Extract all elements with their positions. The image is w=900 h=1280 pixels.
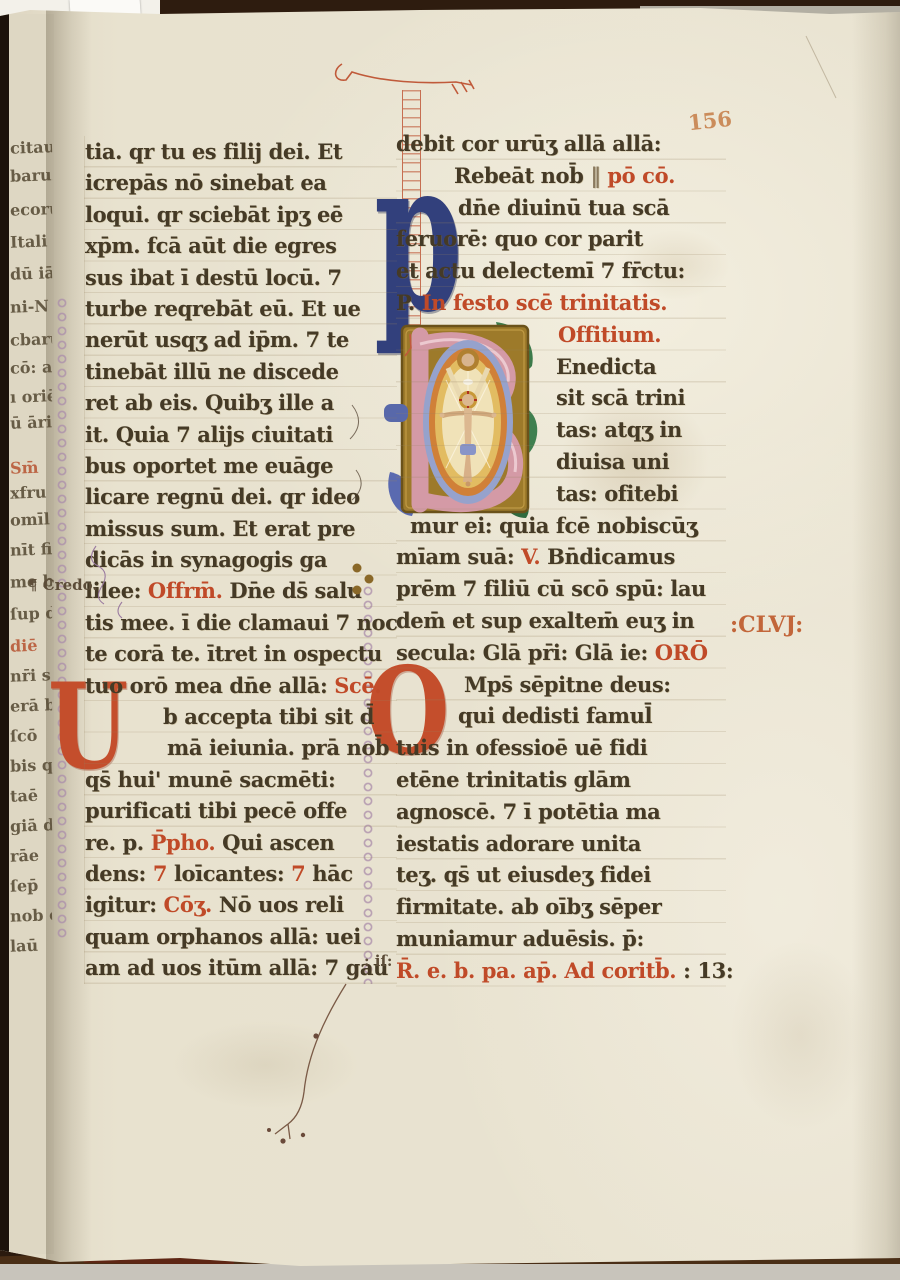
text-line: qs̄ hui' munē sacmēti:	[85, 764, 397, 795]
body-text: sus ibat ī destū locū. 7	[85, 265, 342, 290]
text-line: turbe reqrebāt eū. Et ue	[85, 293, 397, 324]
text-line: etēne trinitatis glām	[396, 764, 726, 796]
body-text: b accepta tibi sit d̄	[163, 704, 374, 729]
text-line: Offitium.	[396, 319, 726, 351]
text-line: debit cor urūʒ allā allā:	[396, 128, 726, 160]
body-text: bus oportet me euāge	[85, 453, 333, 478]
body-text: agnoscē. 7 ī potētia ma	[396, 799, 660, 824]
body-text: tuis in ofessioē uē fidi	[396, 735, 647, 760]
margin-roman-numeral: :CLVJ:	[730, 612, 803, 638]
body-text: mā ieiunia. prā nob̄	[167, 735, 389, 760]
body-text: purificati tibi pecē offe	[85, 798, 347, 823]
folio-number: 156	[687, 106, 733, 135]
manuscript-page: citaubaruiecorūItalidū iāni-Ncbarūcō: ai…	[0, 0, 900, 1280]
body-text: Dn̄e ds̄ salu	[229, 578, 361, 603]
rubric-text: Offrm̄.	[148, 578, 229, 603]
body-text: it. Quia 7 alijs ciuitati	[85, 422, 333, 447]
text-line: igitur: Cōʒ. Nō uos reli	[85, 889, 397, 920]
body-text: tuo orō mea dn̄e allā:	[85, 673, 334, 698]
text-line: tis mee. ī die clamaui 7 noc	[85, 607, 397, 638]
body-text: qs̄ hui' munē sacmēti:	[85, 767, 335, 792]
text-line: it. Quia 7 alijs ciuitati	[85, 419, 397, 450]
text-line: mīam suā: V. Bn̄dicamus	[396, 541, 726, 573]
body-text: et actu delectemī 7 fr̄ctu:	[396, 258, 685, 283]
body-text: igitur:	[85, 892, 164, 917]
text-line: mur ei: quia fcē nobiscūʒ	[396, 510, 726, 542]
body-text: loīcantes:	[167, 861, 291, 886]
body-text: icrepās nō sinebat ea	[85, 170, 327, 195]
text-line: feruorē: quo cor parit	[396, 223, 726, 255]
text-line: Mps̄ sēpitne deus:	[396, 669, 726, 701]
text-line: purificati tibi pecē offe	[85, 795, 397, 826]
text-line: Rebeāt nob̄ ‖ pō cō.	[396, 160, 726, 192]
body-text: te corā te. ītret in ospectu	[85, 641, 382, 666]
body-text: Enedicta	[556, 354, 656, 379]
text-line: tas: atqʒ in	[396, 414, 726, 446]
body-text: qui dedisti famul̄	[458, 703, 652, 728]
text-line: quam orphanos allā: uei	[85, 921, 397, 952]
gutter-dark-line	[0, 0, 9, 1280]
body-text: secula: Glā pr̄i: Glā ie:	[396, 640, 655, 665]
body-text: tia. qr tu es filij dei. Et	[85, 139, 342, 164]
text-line: sit scā trini	[396, 382, 726, 414]
text-line: teʒ. qs̄ ut eiusdeʒ fidei	[396, 859, 726, 891]
body-text: am ad uos itūm allā: 7 gau	[85, 955, 388, 980]
text-line: qui dedisti famul̄	[396, 700, 726, 732]
body-text: missus sum. Et erat pre	[85, 516, 355, 541]
body-text: mīam suā:	[396, 544, 521, 569]
body-text: dem̄ et sup exaltem̄ euʒ in	[396, 608, 694, 633]
text-line: sus ibat ī destū locū. 7	[85, 262, 397, 293]
rubric-text: ORŌ	[655, 640, 708, 665]
text-line: nerūt usqʒ ad ip̄m. 7 te	[85, 324, 397, 355]
body-text: xp̄m. fcā aūt die egres	[85, 233, 337, 258]
text-line: prēm 7 filiū cū scō spū: lau	[396, 573, 726, 605]
left-text-column: tia. qr tu es filij dei. Eticrepās nō si…	[84, 136, 397, 984]
text-line: ret ab eis. Quibʒ ille a	[85, 387, 397, 418]
text-line: tinebāt illū ne discede	[85, 356, 397, 387]
body-text: dn̄e diuinū tua scā	[458, 195, 669, 220]
body-text: prēm 7 filiū cū scō spū: lau	[396, 576, 706, 601]
text-line: tuis in ofessioē uē fidi	[396, 732, 726, 764]
text-line: am ad uos itūm allā: 7 gau	[85, 952, 397, 983]
body-text: licare regnū dei. qr ideo	[85, 484, 360, 509]
body-text: ‖	[590, 163, 607, 188]
body-text: Qui ascen	[222, 830, 334, 855]
body-text: teʒ. qs̄ ut eiusdeʒ fidei	[396, 862, 651, 887]
body-text: mur ei: quia fcē nobiscūʒ	[410, 513, 697, 538]
body-text: dens:	[85, 861, 153, 886]
text-line: icrepās nō sinebat ea	[85, 167, 397, 198]
body-text: Bn̄dicamus	[547, 544, 675, 569]
text-line: tuo orō mea dn̄e allā: Scē.	[85, 670, 397, 701]
text-line: dens: 7 loīcantes: 7 hāc	[85, 858, 397, 889]
text-line: te corā te. ītret in ospectu	[85, 638, 397, 669]
text-line: xp̄m. fcā aūt die egres	[85, 230, 397, 261]
text-line: missus sum. Et erat pre	[85, 513, 397, 544]
text-line: dem̄ et sup exaltem̄ euʒ in	[396, 605, 726, 637]
body-text: firmitate. ab oībʒ sēper	[396, 894, 661, 919]
rubric-text: pō cō.	[607, 163, 675, 188]
text-line: P. In festo scē trinitatis.	[396, 287, 726, 319]
rubric-text: In festo scē trinitatis.	[422, 290, 667, 315]
text-line: bus oportet me euāge	[85, 450, 397, 481]
text-line: Enedicta	[396, 351, 726, 383]
body-text: Rebeāt nob̄	[454, 163, 590, 188]
body-text: debit cor urūʒ allā allā:	[396, 131, 661, 156]
rubric-text: Cōʒ.	[164, 892, 219, 917]
body-text: etēne trinitatis glām	[396, 767, 631, 792]
parchment-stain	[730, 940, 870, 1130]
right-text-column: debit cor urūʒ allā allā:Rebeāt nob̄ ‖ p…	[396, 128, 726, 987]
manuscript-photo: citaubaruiecorūItalidū iāni-Ncbarūcō: ai…	[0, 0, 900, 1280]
text-line: R̄. e. b. pa. ap̄. Ad coritb̄. : 13:	[396, 955, 726, 987]
rubric-text: P̄pho.	[151, 830, 223, 855]
body-text: turbe reqrebāt eū. Et ue	[85, 296, 361, 321]
text-line: loqui. qr sciebāt ipʒ eē	[85, 199, 397, 230]
body-text: Mps̄ sēpitne deus:	[464, 672, 671, 697]
text-line: dn̄e diuinū tua scā	[396, 192, 726, 224]
body-text: diuisa uni	[556, 449, 669, 474]
rubric-text: 7	[153, 861, 167, 886]
text-line: mā ieiunia. prā nob̄	[85, 732, 397, 763]
body-text: nerūt usqʒ ad ip̄m. 7 te	[85, 327, 349, 352]
body-text: iestatis adorare unita	[396, 831, 641, 856]
rubric-text: V.	[521, 544, 547, 569]
text-line: re. p. P̄pho. Qui ascen	[85, 827, 397, 858]
body-text: tas: ofitebi	[556, 481, 678, 506]
body-text: quam orphanos allā: uei	[85, 924, 361, 949]
body-text: ret ab eis. Quibʒ ille a	[85, 390, 334, 415]
rubric-text: Offitium.	[558, 322, 661, 347]
marginal-note-credo: ¶ Credo.	[28, 576, 98, 594]
text-line: dicās in synagogis ga	[85, 544, 397, 575]
body-text: dicās in synagogis ga	[85, 547, 327, 572]
violet-filigree-band-left-margin	[54, 296, 70, 938]
text-line: et actu delectemī 7 fr̄ctu:	[396, 255, 726, 287]
text-line: agnoscē. 7 ī potētia ma	[396, 796, 726, 828]
text-line: tas: ofitebi	[396, 478, 726, 510]
text-line: tia. qr tu es filij dei. Et	[85, 136, 397, 167]
body-text: tinebāt illū ne discede	[85, 359, 339, 384]
body-text: P.	[396, 290, 422, 315]
body-text: loqui. qr sciebāt ipʒ eē	[85, 202, 343, 227]
text-line: secula: Glā pr̄i: Glā ie: ORŌ	[396, 637, 726, 669]
text-line: firmitate. ab oībʒ sēper	[396, 891, 726, 923]
text-line: licare regnū dei. qr ideo	[85, 481, 397, 512]
body-text: feruorē: quo cor parit	[396, 226, 643, 251]
parchment-stain	[170, 1020, 360, 1110]
rubric-text: Scē.	[334, 673, 381, 698]
rubric-text: 7	[291, 861, 305, 886]
text-line: lilee: Offrm̄. Dn̄e ds̄ salu	[85, 575, 397, 606]
quire-mark: : iſ:	[364, 952, 392, 970]
body-text: hāc	[305, 861, 352, 886]
body-text: Nō uos reli	[219, 892, 344, 917]
hairline-scratch	[806, 36, 836, 98]
body-text: : 13:	[676, 958, 733, 983]
text-line: muniamur aduēsis. p̄:	[396, 923, 726, 955]
text-line: b accepta tibi sit d̄	[85, 701, 397, 732]
rubric-text: R̄. e. b. pa. ap̄. Ad coritb̄.	[396, 958, 676, 983]
text-line: iestatis adorare unita	[396, 828, 726, 860]
text-line: diuisa uni	[396, 446, 726, 478]
body-text: tis mee. ī die clamaui 7 noc	[85, 610, 398, 635]
body-text: re. p.	[85, 830, 151, 855]
background-bottom-strip	[0, 1264, 900, 1280]
body-text: sit scā trini	[556, 385, 685, 410]
body-text: muniamur aduēsis. p̄:	[396, 926, 644, 951]
body-text: tas: atqʒ in	[556, 417, 682, 442]
